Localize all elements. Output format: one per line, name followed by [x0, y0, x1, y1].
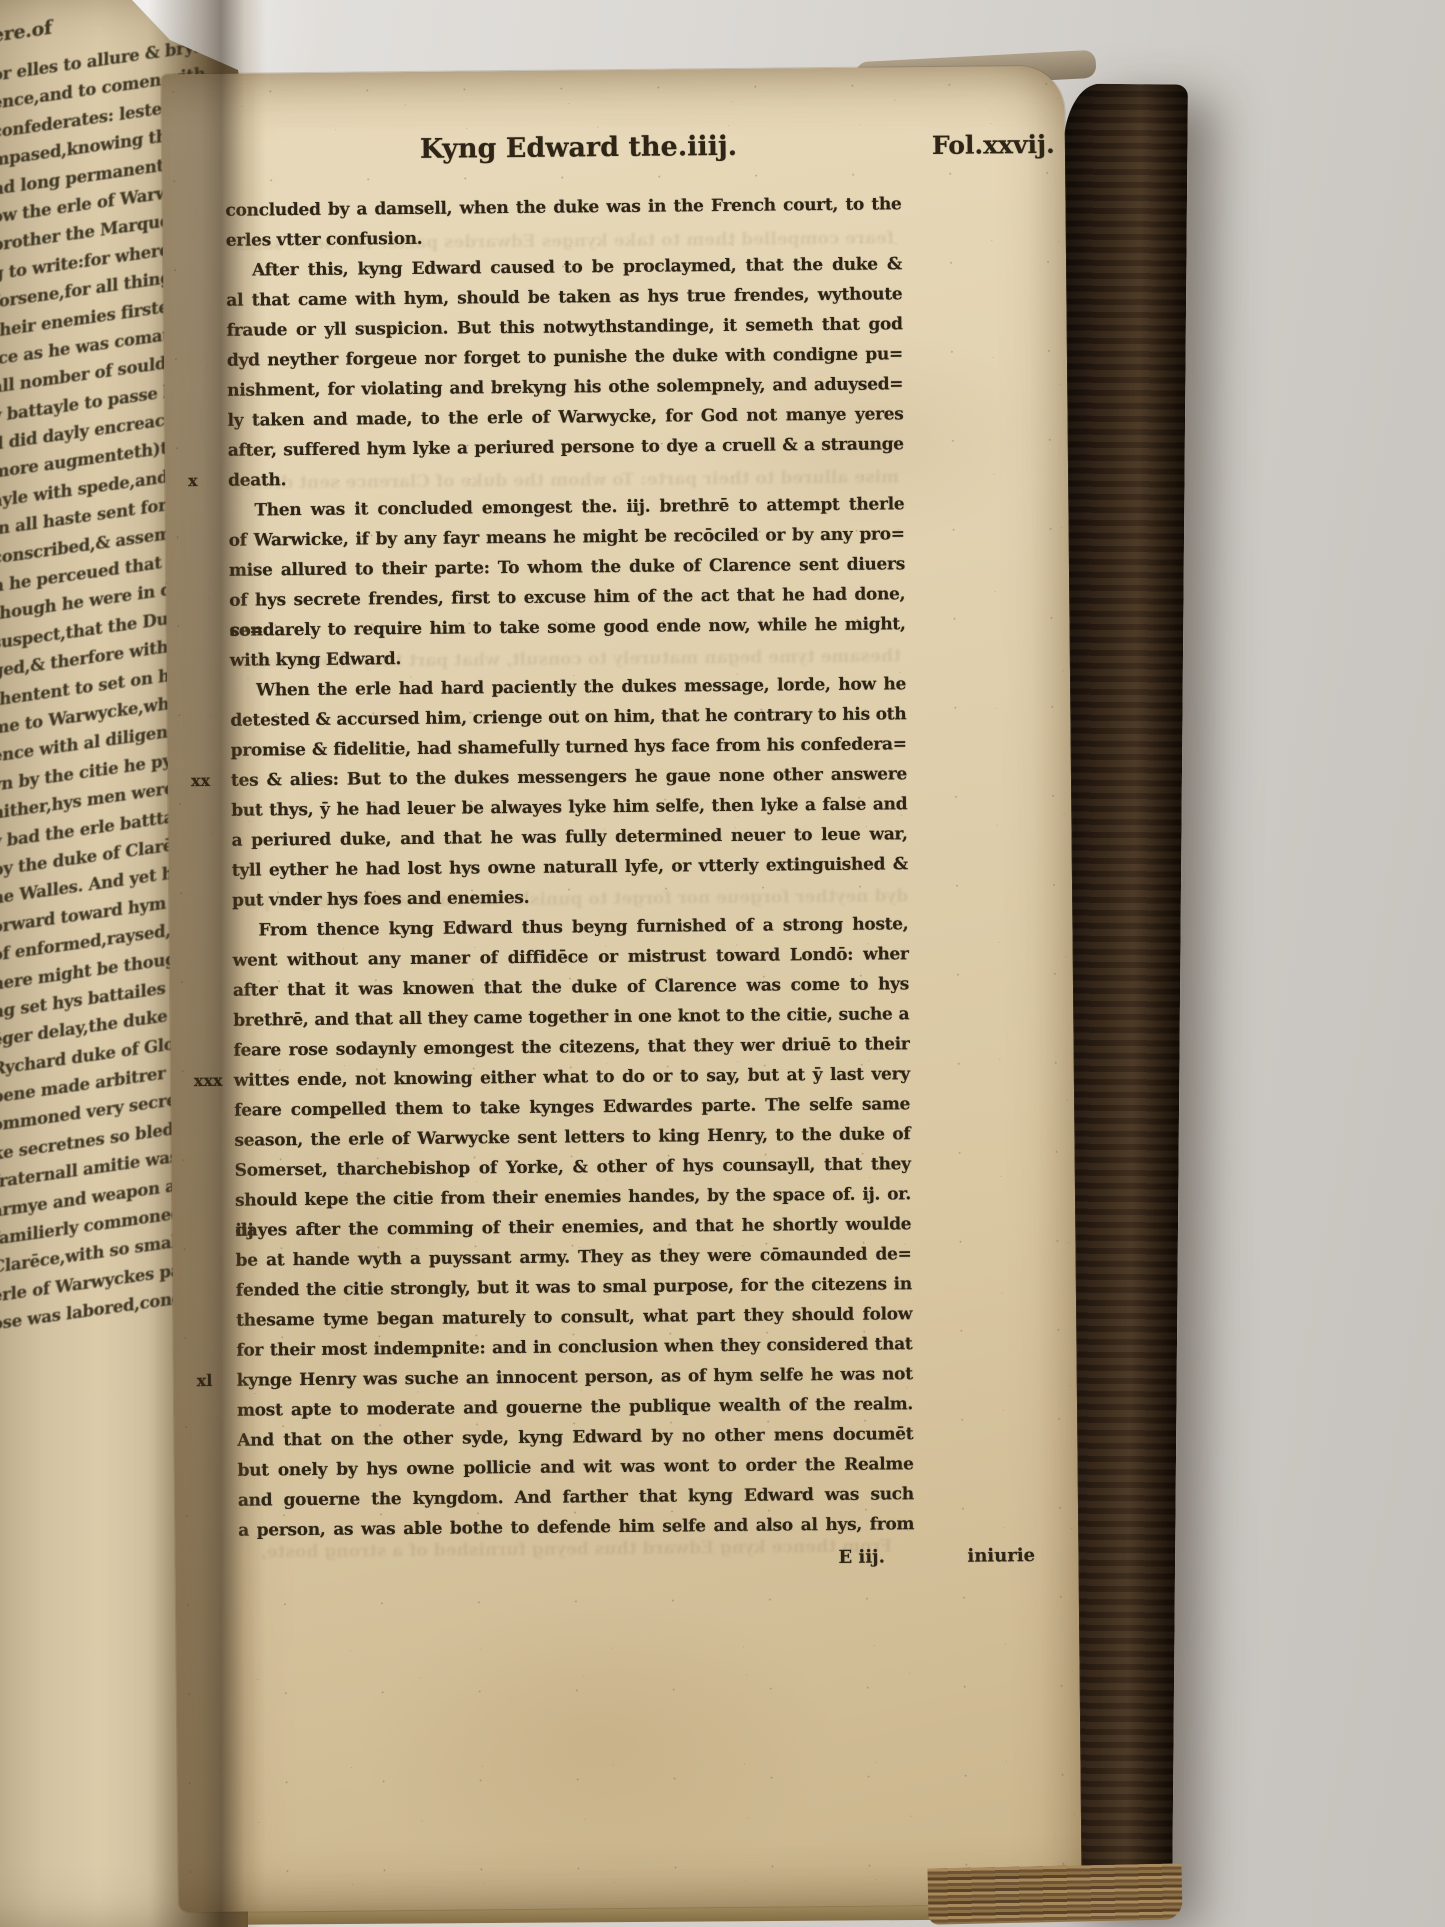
running-head: Kyng Edward the.iiij. Fol.xxvij. — [162, 128, 1065, 181]
right-page: feare compelled them to take kynges Edwa… — [161, 66, 1082, 1913]
margin-line-number: xl — [197, 1366, 231, 1396]
margin-line-number: x — [188, 466, 222, 496]
margin-line-number: xx — [191, 766, 225, 796]
running-title: Kyng Edward the.iiij. — [420, 131, 737, 165]
margin-line-number: xxx — [194, 1066, 228, 1096]
signature-mark: E iij. — [838, 1546, 885, 1567]
text-line: a person, as was able bothe to defende h… — [238, 1509, 914, 1545]
body-text: concluded by a damsell, when the duke wa… — [225, 189, 914, 1545]
signature-row: E iij. iniurie — [238, 1545, 1073, 1587]
catchword: iniurie — [967, 1545, 1035, 1567]
bleed-through-text: feare compelled them to take kynges Edwa… — [161, 66, 1064, 75]
folio-number: Fol.xxvij. — [932, 130, 1055, 160]
photo-background: ere.ofor elles to allure & bryngence,and… — [0, 0, 1445, 1927]
paper-stain — [356, 1588, 839, 1893]
fore-edge-pages — [927, 1863, 1182, 1924]
